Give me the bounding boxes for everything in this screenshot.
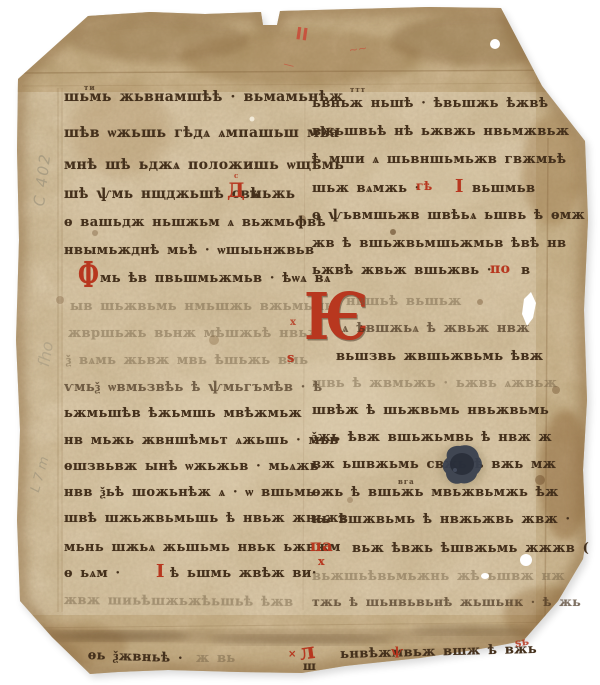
wormhole bbox=[520, 554, 532, 566]
damage-overlay bbox=[0, 0, 600, 685]
wormhole bbox=[490, 39, 500, 49]
tear-hole bbox=[522, 292, 536, 326]
small-hole bbox=[250, 117, 255, 122]
manuscript-photo: ти ттт шьмь жьвнамшѣѣ · вьмамьнѣж шѣв ѡж… bbox=[0, 0, 600, 685]
wormhole bbox=[481, 573, 489, 579]
ink-blot bbox=[443, 445, 482, 484]
